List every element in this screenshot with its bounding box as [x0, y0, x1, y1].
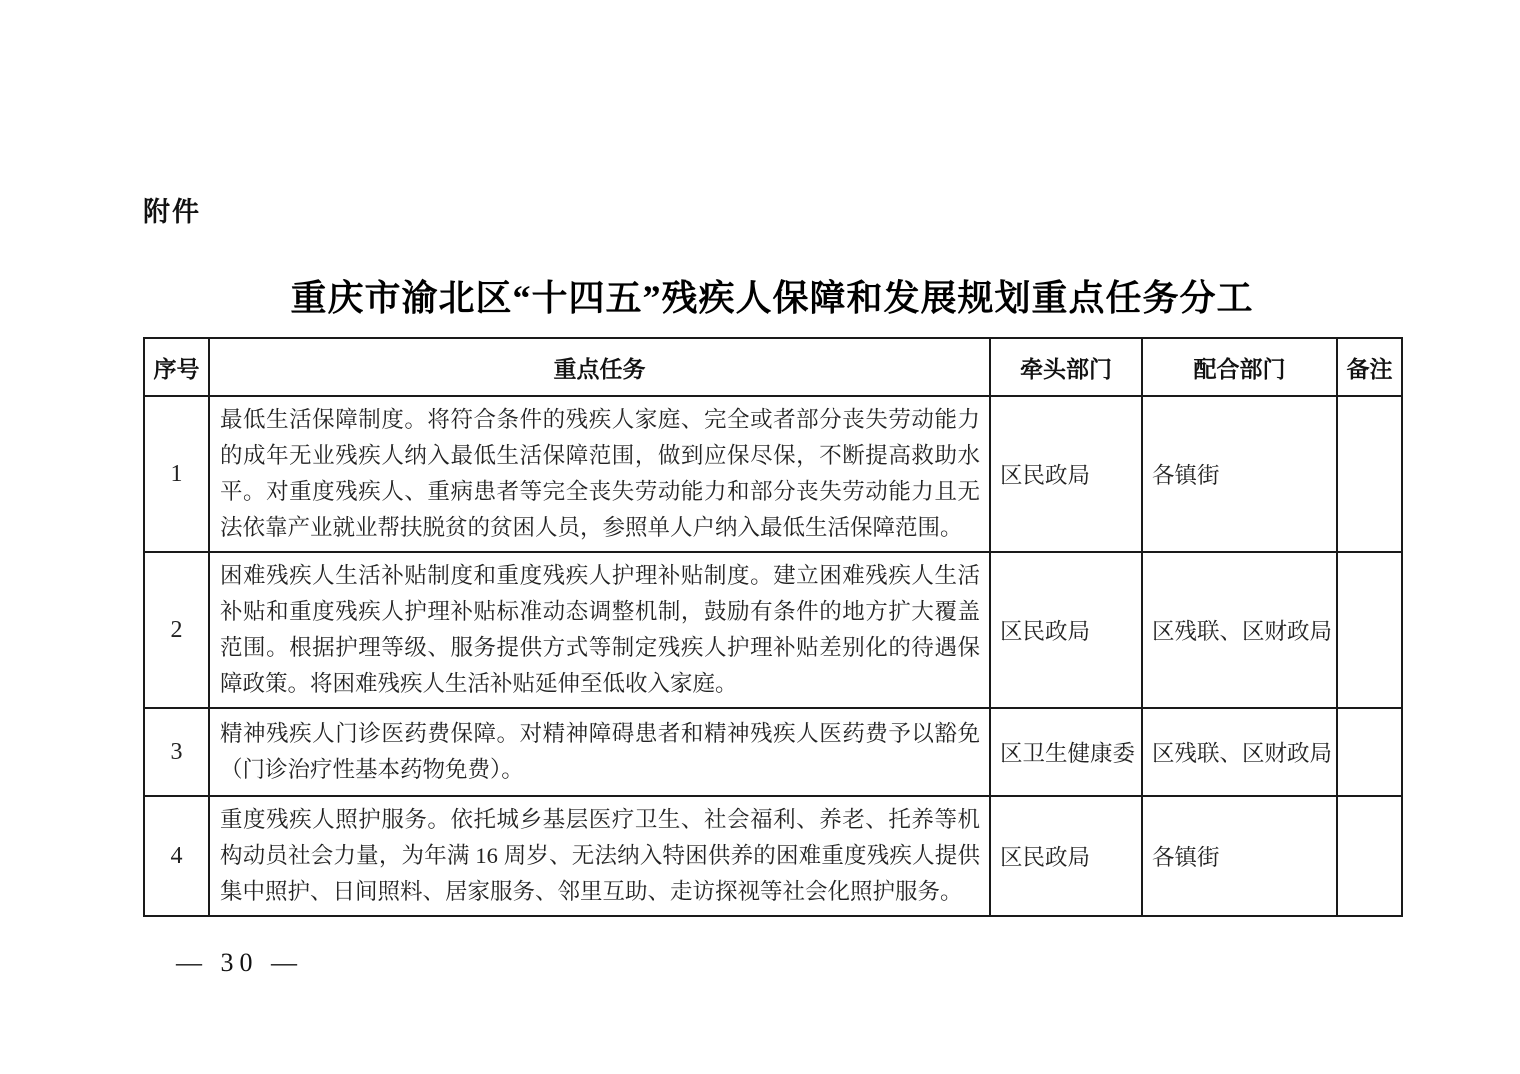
- header-no: 序号: [144, 338, 209, 396]
- support-department: 各镇街: [1142, 396, 1337, 552]
- support-department: 区残联、区财政局: [1142, 552, 1337, 708]
- lead-department: 区卫生健康委: [990, 708, 1142, 796]
- document-title: 重庆市渝北区“十四五”残疾人保障和发展规划重点任务分工: [143, 270, 1401, 321]
- remark-cell: [1337, 396, 1402, 552]
- task-text: 精神残疾人门诊医药费保障。对精神障碍患者和精神残疾人医药费予以豁免（门诊治疗性基…: [209, 708, 990, 796]
- table-row: 1 最低生活保障制度。将符合条件的残疾人家庭、完全或者部分丧失劳动能力的成年无业…: [144, 396, 1402, 552]
- attachment-label: 附件: [143, 190, 201, 229]
- task-text: 最低生活保障制度。将符合条件的残疾人家庭、完全或者部分丧失劳动能力的成年无业残疾…: [209, 396, 990, 552]
- header-support-department: 配合部门: [1142, 338, 1337, 396]
- row-number: 2: [144, 552, 209, 708]
- support-department: 区残联、区财政局: [1142, 708, 1337, 796]
- task-text: 困难残疾人生活补贴制度和重度残疾人护理补贴制度。建立困难残疾人生活补贴和重度残疾…: [209, 552, 990, 708]
- remark-cell: [1337, 796, 1402, 916]
- support-department: 各镇街: [1142, 796, 1337, 916]
- lead-department: 区民政局: [990, 796, 1142, 916]
- row-number: 3: [144, 708, 209, 796]
- task-assignment-table: 序号 重点任务 牵头部门 配合部门 备注 1 最低生活保障制度。将符合条件的残疾…: [143, 337, 1403, 917]
- header-remark: 备注: [1337, 338, 1402, 396]
- task-text: 重度残疾人照护服务。依托城乡基层医疗卫生、社会福利、养老、托养等机构动员社会力量…: [209, 796, 990, 916]
- table-row: 4 重度残疾人照护服务。依托城乡基层医疗卫生、社会福利、养老、托养等机构动员社会…: [144, 796, 1402, 916]
- remark-cell: [1337, 552, 1402, 708]
- table-row: 2 困难残疾人生活补贴制度和重度残疾人护理补贴制度。建立困难残疾人生活补贴和重度…: [144, 552, 1402, 708]
- header-lead-department: 牵头部门: [990, 338, 1142, 396]
- lead-department: 区民政局: [990, 396, 1142, 552]
- table-row: 3 精神残疾人门诊医药费保障。对精神障碍患者和精神残疾人医药费予以豁免（门诊治疗…: [144, 708, 1402, 796]
- remark-cell: [1337, 708, 1402, 796]
- row-number: 1: [144, 396, 209, 552]
- document-page: 附件 重庆市渝北区“十四五”残疾人保障和发展规划重点任务分工 序号 重点任务 牵…: [0, 0, 1520, 1074]
- lead-department: 区民政局: [990, 552, 1142, 708]
- row-number: 4: [144, 796, 209, 916]
- page-number: — 30 —: [176, 948, 303, 978]
- header-task: 重点任务: [209, 338, 990, 396]
- table-header-row: 序号 重点任务 牵头部门 配合部门 备注: [144, 338, 1402, 396]
